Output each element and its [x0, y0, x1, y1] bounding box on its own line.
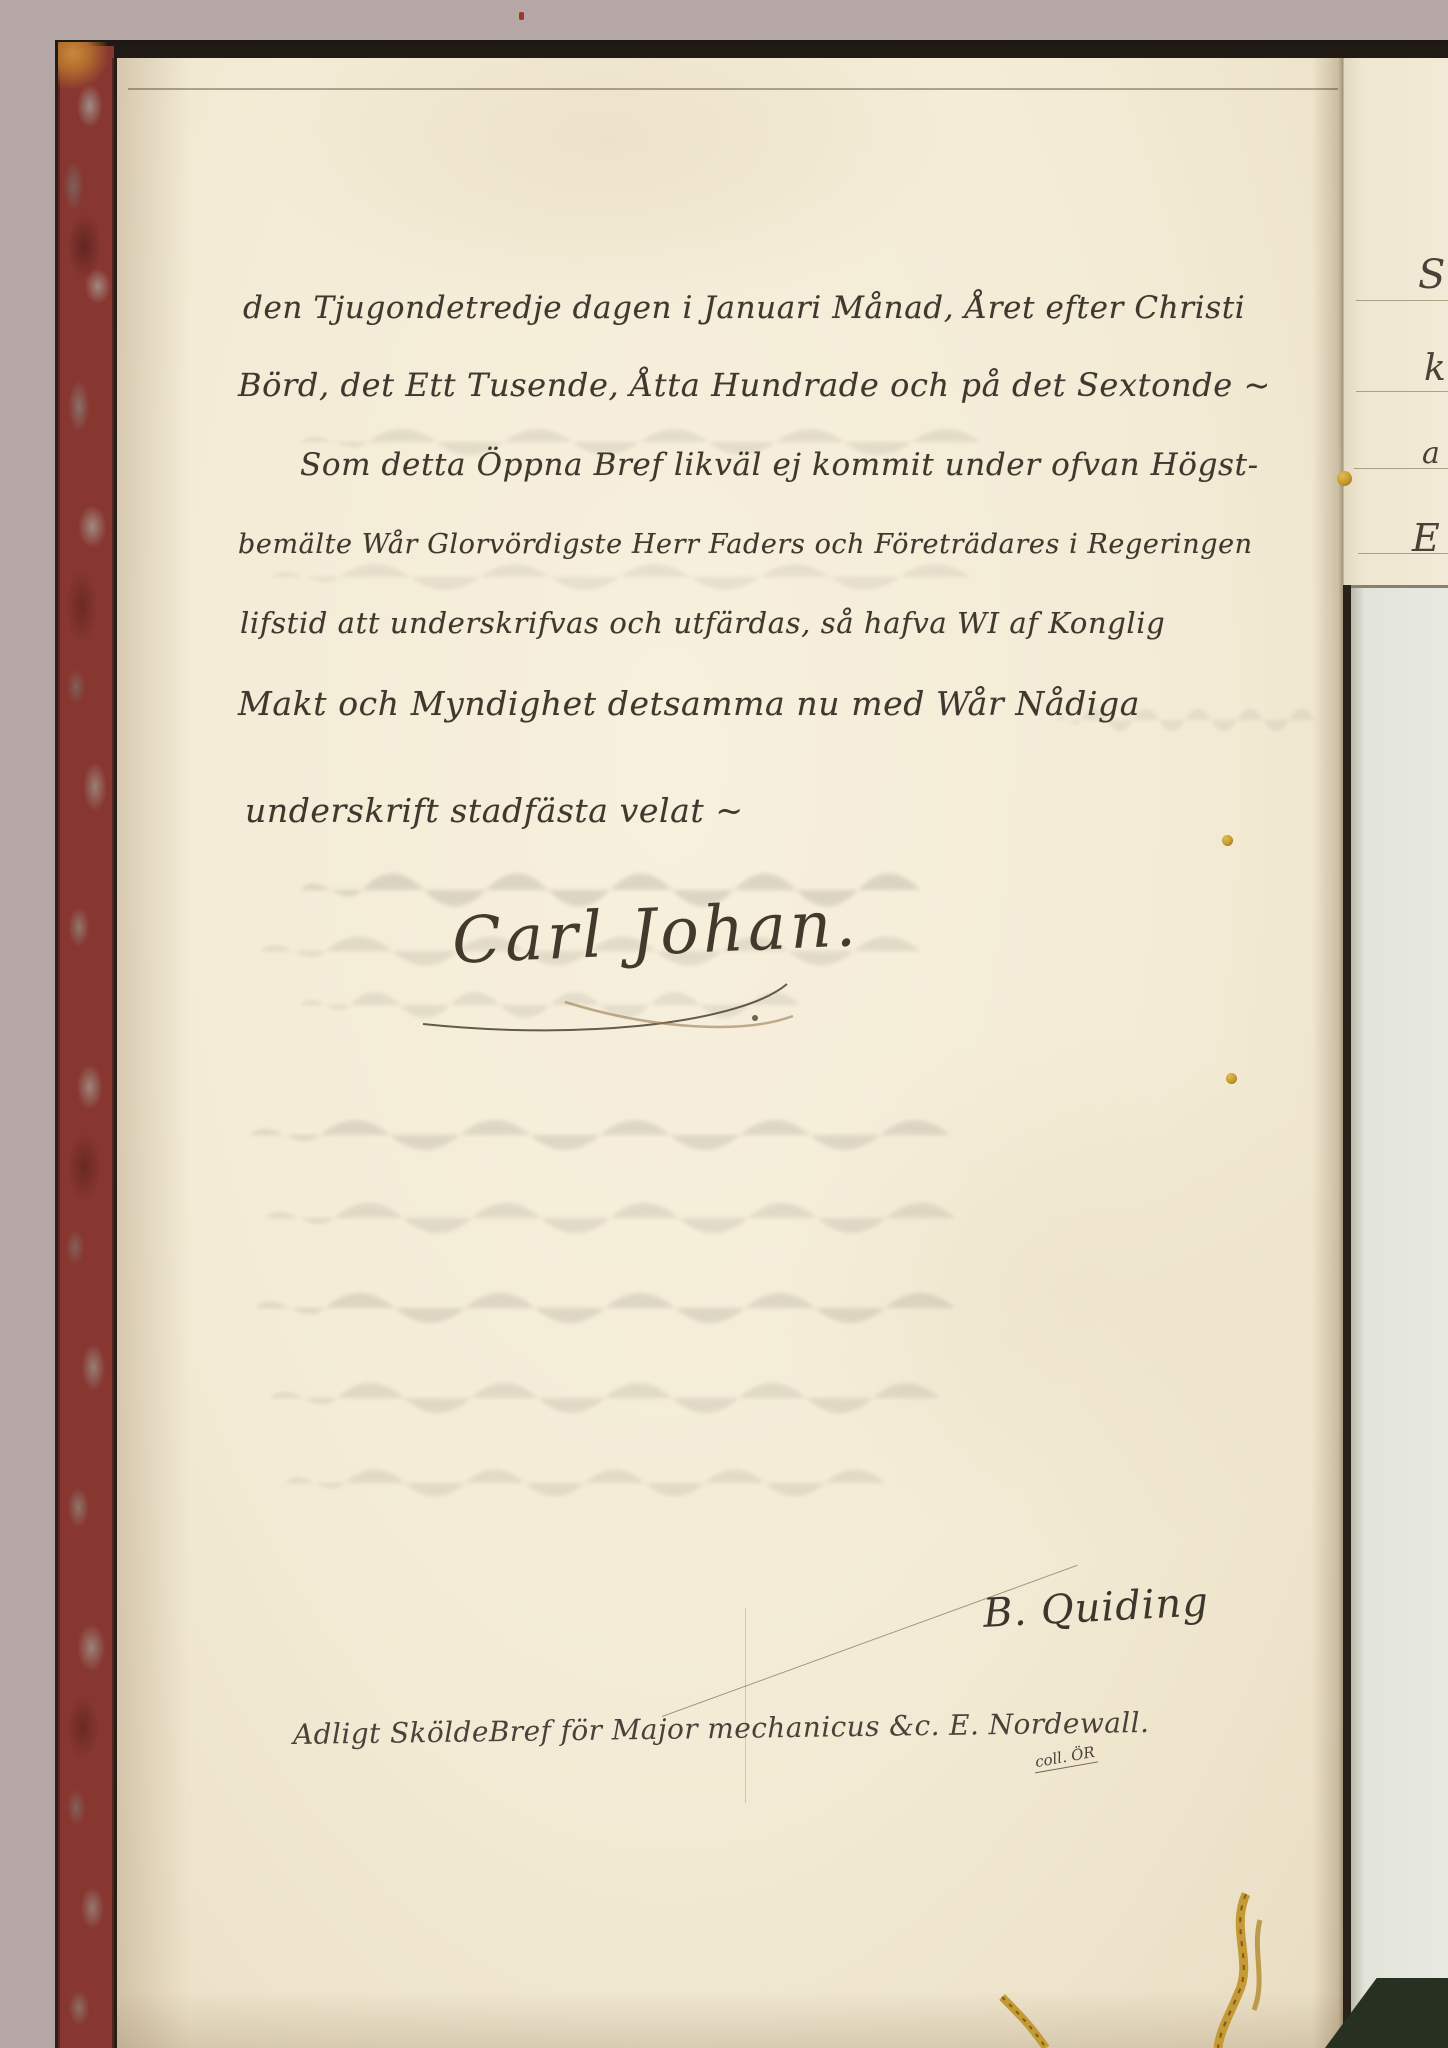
binding-cord — [988, 1993, 1058, 2048]
marbled-leather-spine — [58, 46, 114, 2048]
text-line: bemälte Wår Glorvördigste Herr Faders oc… — [238, 529, 1253, 560]
text-line: den Tjugondetredje dagen i Januari Månad… — [243, 290, 1245, 326]
top-crease-line — [128, 88, 1338, 90]
ghost-writing — [255, 1288, 955, 1328]
binding-cord — [1180, 1890, 1320, 2048]
vertical-fold-crease — [745, 1608, 746, 1803]
text-line: Makt och Myndighet detsamma nu med Wår N… — [238, 684, 1140, 723]
ruled-underline — [1354, 468, 1448, 469]
sewing-hole-dot — [1226, 1073, 1237, 1084]
underlying-page-edge — [1343, 58, 1448, 585]
page-edge-shadow — [1312, 58, 1343, 2048]
signature-flourish — [415, 972, 805, 1052]
blue-leaf-edge — [1351, 585, 1448, 2048]
ruled-underline — [1356, 391, 1448, 392]
wax-seal-dot — [1337, 471, 1352, 486]
ghost-writing — [285, 1465, 885, 1501]
ruled-underline — [1358, 553, 1448, 554]
scanned-manuscript: S k a E den Tjugondetredje dagen i Janua… — [0, 0, 1448, 2048]
ruled-underline — [1356, 300, 1448, 301]
red-speck — [519, 12, 524, 20]
sewing-hole-dot — [1222, 835, 1233, 846]
ghost-writing — [270, 560, 970, 594]
next-page-fragment: a — [1422, 436, 1440, 471]
next-page-fragment: S — [1418, 252, 1445, 298]
ghost-writing — [250, 1115, 950, 1155]
text-line: lifstid att underskrifvas och utfärdas, … — [240, 606, 1165, 640]
ghost-writing — [270, 1378, 940, 1418]
text-line: underskrift stadfästa velat ~ — [245, 791, 744, 830]
text-line: Som detta Öppna Bref likväl ej kommit un… — [300, 447, 1259, 483]
worn-corner — [58, 42, 108, 88]
ghost-writing — [265, 1198, 955, 1238]
gutter-shadow — [117, 58, 189, 2048]
next-page-fragment: k — [1424, 348, 1446, 389]
text-line: Börd, det Ett Tusende, Åtta Hundrade och… — [238, 366, 1271, 404]
page-bottom-shadow — [117, 1990, 1343, 2048]
